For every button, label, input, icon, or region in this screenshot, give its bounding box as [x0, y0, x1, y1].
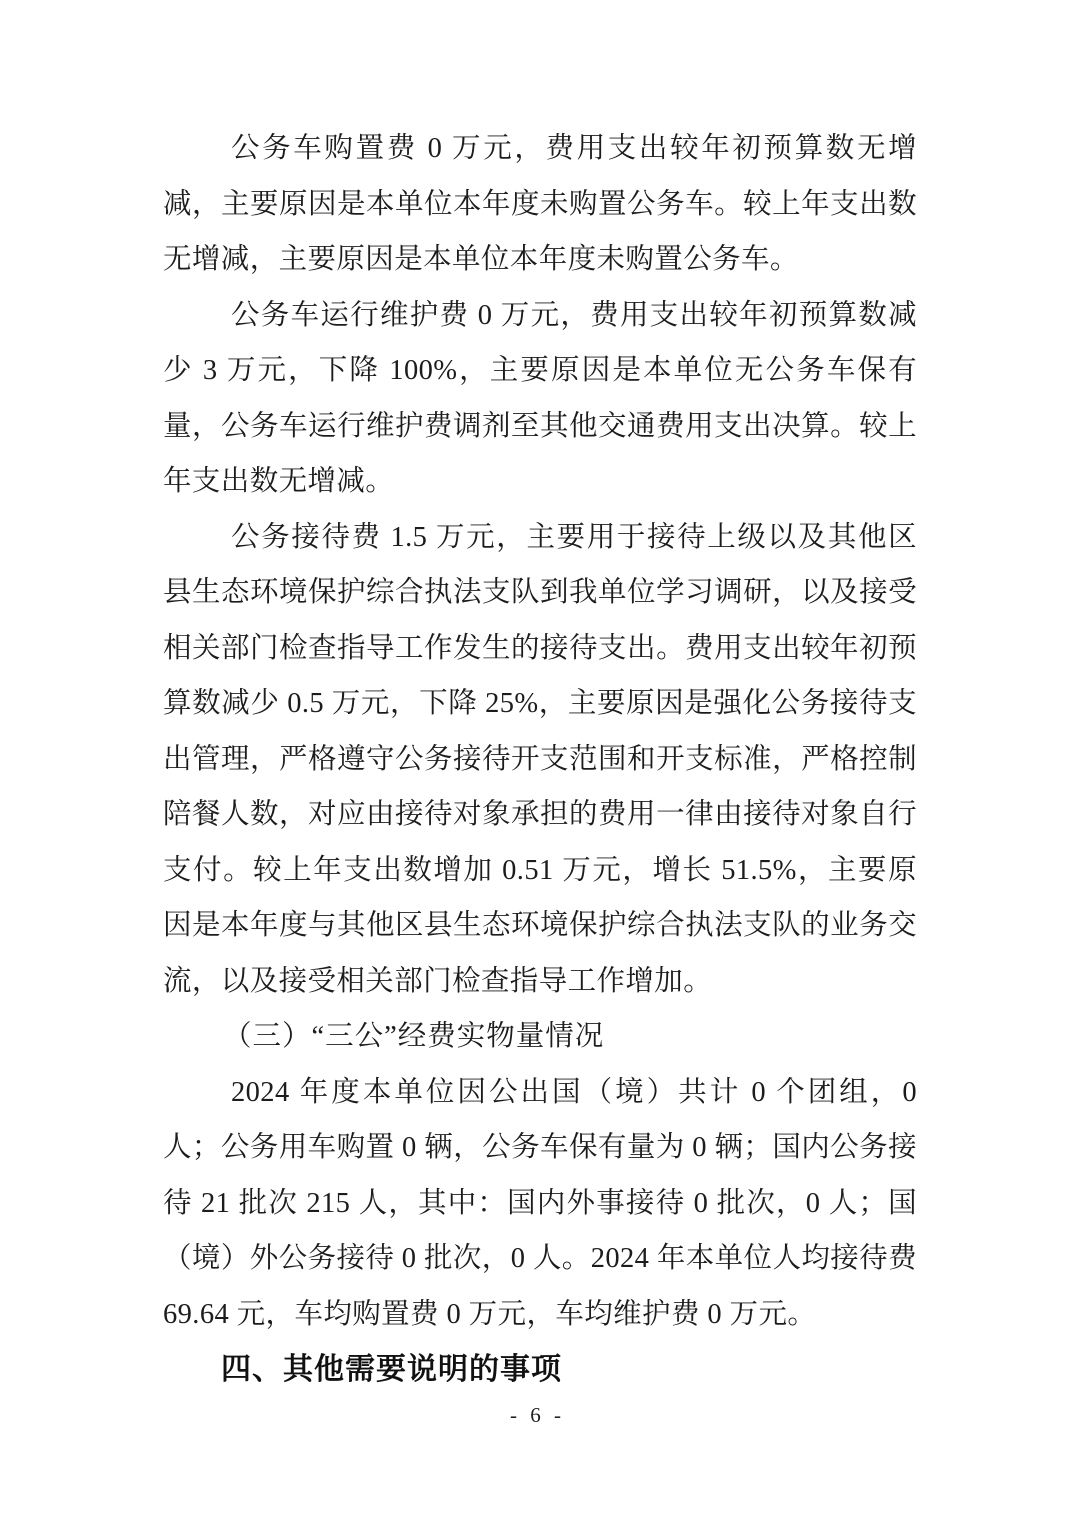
- paragraph-physical-quantity-details: 2024 年度本单位因公出国（境）共计 0 个团组，0 人；公务用车购置 0 辆…: [163, 1065, 917, 1343]
- paragraph-official-reception-fee: 公务接待费 1.5 万元，主要用于接待上级以及其他区县生态环境保护综合执法支队到…: [163, 510, 917, 1010]
- section-subheading-three-public-expenses-quantity: （三）“三公”经费实物量情况: [163, 1009, 917, 1065]
- paragraph-official-car-purchase-fee: 公务车购置费 0 万元，费用支出较年初预算数无增减，主要原因是本单位本年度未购置…: [163, 121, 917, 288]
- section-heading-four-other-matters: 四、其他需要说明的事项: [163, 1342, 917, 1398]
- paragraph-official-car-maintenance-fee: 公务车运行维护费 0 万元，费用支出较年初预算数减少 3 万元，下降 100%，…: [163, 288, 917, 510]
- document-text-block: 公务车购置费 0 万元，费用支出较年初预算数无增减，主要原因是本单位本年度未购置…: [163, 121, 917, 1398]
- document-page: 公务车购置费 0 万元，费用支出较年初预算数无增减，主要原因是本单位本年度未购置…: [0, 0, 1075, 1520]
- page-number: - 6 -: [0, 1400, 1075, 1430]
